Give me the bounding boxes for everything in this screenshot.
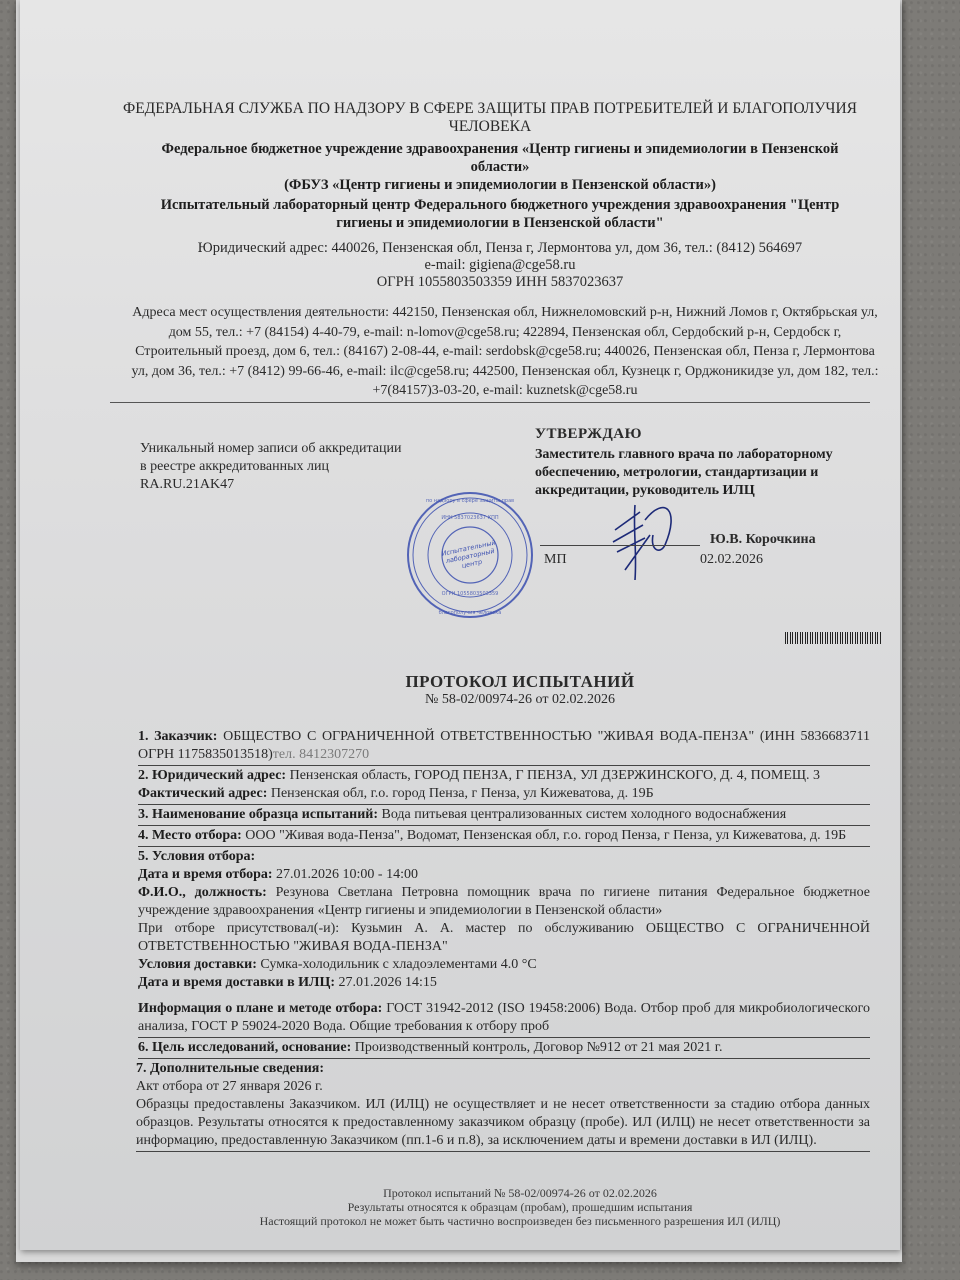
- protocol-number: № 58-02/00974-26 от 02.02.2026: [320, 692, 720, 708]
- signature-line: [540, 545, 700, 546]
- additional-info-label: 7. Дополнительные сведения:: [136, 1060, 870, 1078]
- sampler-label: Ф.И.О., должность:: [138, 885, 267, 900]
- customer-value: ОБЩЕСТВО С ОГРАНИЧЕННОЙ ОТВЕТСТВЕННОСТЬЮ…: [138, 729, 870, 762]
- sample-name-label: 3. Наименование образца испытаний:: [138, 807, 378, 822]
- section-sample-name: 3. Наименование образца испытаний: Вода …: [138, 805, 870, 826]
- section-additional-info: 7. Дополнительные сведения: Акт отбора о…: [136, 1059, 870, 1152]
- header-divider: [110, 402, 870, 403]
- document-page: ФЕДЕРАЛЬНАЯ СЛУЖБА ПО НАДЗОРУ В СФЕРЕ ЗА…: [20, 0, 900, 1250]
- page-footer: Протокол испытаний № 58-02/00974-26 от 0…: [220, 1186, 820, 1228]
- accreditation-block: Уникальный номер записи об аккредитации …: [140, 440, 440, 494]
- delivery-conditions-value: Сумка-холодильник с хладоэлементами 4.0 …: [260, 957, 536, 972]
- section-sampling-method: Информация о плане и методе отбора: ГОСТ…: [138, 999, 870, 1038]
- sampling-method-label: Информация о плане и методе отбора:: [138, 1001, 382, 1016]
- approval-title: УТВЕРЖДАЮ: [535, 425, 875, 443]
- customer-label: 1. Заказчик:: [138, 729, 217, 744]
- protocol-title: ПРОТОКОЛ ИСПЫТАНИЙ: [320, 672, 720, 692]
- sampling-act: Акт отбора от 27 января 2026 г.: [136, 1078, 870, 1096]
- svg-text:по надзору в сфере защиты прав: по надзору в сфере защиты прав: [426, 498, 514, 504]
- email: e-mail: gigiena@cge58.ru: [120, 257, 880, 274]
- section-purpose: 6. Цель исследований, основание: Произво…: [138, 1038, 870, 1059]
- legal-address-label: 2. Юридический адрес:: [138, 768, 286, 783]
- actual-address-value: Пензенская обл, г.о. город Пенза, г Пенз…: [271, 786, 654, 801]
- sampling-datetime-value: 27.01.2026 10:00 - 14:00: [276, 867, 418, 882]
- sample-name-value: Вода питьевая централизованных систем хо…: [382, 807, 787, 822]
- purpose-label: 6. Цель исследований, основание:: [138, 1040, 351, 1055]
- svg-text:благополучия человека: благополучия человека: [439, 610, 502, 616]
- section-customer: 1. Заказчик: ОБЩЕСТВО С ОГРАНИЧЕННОЙ ОТВ…: [138, 727, 870, 766]
- approval-position: Заместитель главного врача по лабораторн…: [535, 446, 875, 500]
- customer-phone: тел. 8412307270: [273, 747, 369, 762]
- signatory-name: Ю.В. Корочкина: [710, 532, 816, 548]
- accreditation-line2: в реестре аккредитованных лиц: [140, 458, 440, 476]
- legal-address: Юридический адрес: 440026, Пензенская об…: [120, 240, 880, 257]
- delivery-datetime-label: Дата и время доставки в ИЛЦ:: [138, 975, 335, 990]
- delivery-datetime-value: 27.01.2026 14:15: [339, 975, 437, 990]
- seal-mark: МП: [544, 552, 567, 568]
- activity-places: Адреса мест осуществления деятельности: …: [130, 303, 880, 401]
- accreditation-line1: Уникальный номер записи об аккредитации: [140, 440, 440, 458]
- agency-header: ФЕДЕРАЛЬНАЯ СЛУЖБА ПО НАДЗОРУ В СФЕРЕ ЗА…: [110, 100, 870, 136]
- ogrn-inn: ОГРН 1055803503359 ИНН 5837023637: [120, 274, 880, 291]
- section-sampling-conditions: 5. Условия отбора: Дата и время отбора: …: [138, 847, 870, 993]
- sampling-conditions-label: 5. Условия отбора:: [138, 848, 870, 866]
- approval-date: 02.02.2026: [700, 552, 763, 568]
- purpose-value: Производственный контроль, Договор №912 …: [355, 1040, 723, 1055]
- barcode-icon: [785, 632, 881, 644]
- footer-results-note: Результаты относятся к образцам (пробам)…: [220, 1200, 820, 1214]
- legal-address-block: Юридический адрес: 440026, Пензенская об…: [120, 240, 880, 291]
- sampling-datetime-label: Дата и время отбора:: [138, 867, 273, 882]
- footer-protocol-ref: Протокол испытаний № 58-02/00974-26 от 0…: [220, 1186, 820, 1200]
- legal-address-value: Пензенская область, ГОРОД ПЕНЗА, Г ПЕНЗА…: [290, 768, 820, 783]
- svg-text:ИНН 5837023637 КПП: ИНН 5837023637 КПП: [441, 515, 499, 521]
- sampling-place-value: ООО "Живая вода-Пенза", Водомат, Пензенс…: [245, 828, 846, 843]
- footer-reproduction-note: Настоящий протокол не может быть частичн…: [220, 1214, 820, 1228]
- section-sampling-place: 4. Место отбора: ООО "Живая вода-Пенза",…: [138, 826, 870, 847]
- section-legal-address: 2. Юридический адрес: Пензенская область…: [138, 766, 870, 805]
- actual-address-label: Фактический адрес:: [138, 786, 267, 801]
- approval-block: УТВЕРЖДАЮ Заместитель главного врача по …: [535, 425, 875, 500]
- institution-short-name: (ФБУЗ «Центр гигиены и эпидемиологии в П…: [120, 177, 880, 194]
- round-stamp-icon: по надзору в сфере защиты прав благополу…: [405, 490, 535, 620]
- additional-info-text: Образцы предоставлены Заказчиком. ИЛ (ИЛ…: [136, 1096, 870, 1150]
- institution-name: Федеральное бюджетное учреждение здравоо…: [140, 140, 860, 176]
- delivery-conditions-label: Условия доставки:: [138, 957, 257, 972]
- sampling-place-label: 4. Место отбора:: [138, 828, 242, 843]
- present-persons: При отборе присутствовал(-и): Кузьмин А.…: [138, 920, 870, 956]
- signature-icon: [605, 490, 685, 590]
- lab-center-name: Испытательный лабораторный центр Федерал…: [150, 196, 850, 232]
- accreditation-number: RA.RU.21AK47: [140, 476, 440, 494]
- protocol-body: 1. Заказчик: ОБЩЕСТВО С ОГРАНИЧЕННОЙ ОТВ…: [138, 727, 870, 1152]
- svg-text:ОГРН 1055803503359: ОГРН 1055803503359: [442, 591, 499, 597]
